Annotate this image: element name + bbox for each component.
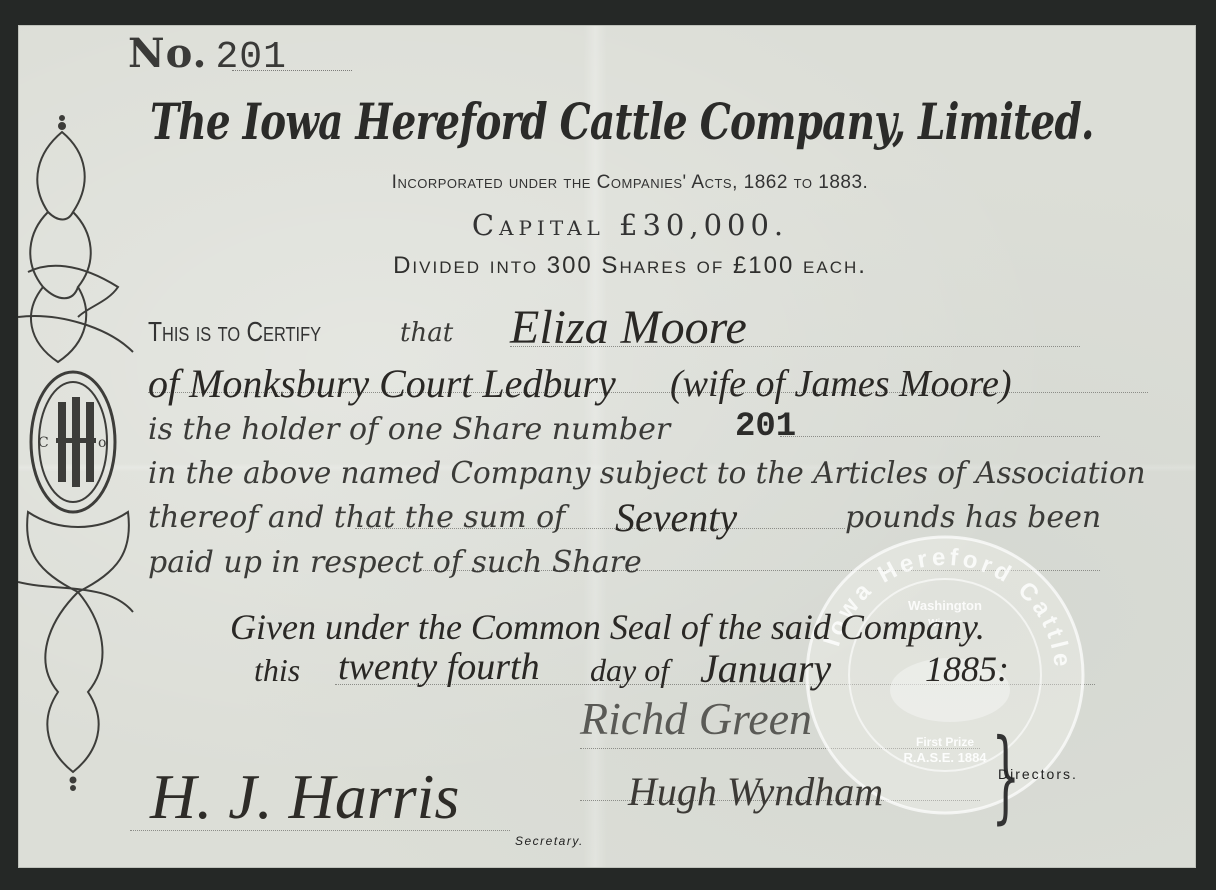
issue-year: 1885: — [925, 648, 1009, 690]
thereof-text: thereof and that the sum of — [148, 500, 565, 535]
that-word: that — [400, 318, 453, 348]
issue-day: twenty fourth — [338, 645, 540, 689]
holder-address-note: (wife of James Moore) — [670, 362, 1012, 406]
seal-prize-1: First Prize — [916, 735, 974, 749]
seal-prize-2: R.A.S.E. 1884 — [903, 750, 987, 765]
director-signature-1: Richd Green — [580, 692, 812, 745]
paid-amount: Seventy — [615, 494, 737, 541]
svg-text:C: C — [38, 435, 49, 451]
certify-label: This is to Certify — [148, 316, 321, 348]
fill-line-share — [780, 436, 1100, 437]
svg-text:o: o — [98, 435, 106, 451]
company-text: in the above named Company subject to th… — [148, 456, 1146, 491]
holder-address: of Monksbury Court Ledbury — [148, 360, 616, 407]
number-underline — [232, 70, 352, 71]
paid-text: paid up in respect of such Share — [148, 545, 642, 580]
director-signature-2: Hugh Wyndham — [628, 768, 883, 815]
directors-label: Directors. — [998, 766, 1078, 782]
company-title: The Iowa Hereford Cattle Company, Limite… — [150, 92, 899, 151]
ornamental-border-icon: C o — [18, 112, 140, 792]
secretary-signature: H. J. Harris — [150, 760, 459, 834]
incorporation-text: Incorporated under the Companies' Acts, … — [300, 172, 960, 194]
secretary-label: Secretary. — [515, 834, 584, 848]
number-prefix: No. — [128, 30, 207, 77]
share-number: 201 — [735, 408, 796, 446]
holder-name: Eliza Moore — [510, 300, 747, 355]
certificate-number: No.201 — [128, 30, 287, 79]
issue-month: January — [700, 645, 831, 692]
divided-text: Divided into 300 Shares of £100 each. — [260, 252, 1000, 280]
day-of-text: day of — [590, 652, 669, 689]
capital-text: Capital £30,000. — [300, 208, 960, 242]
number-value: 201 — [215, 36, 286, 79]
this-word: this — [254, 652, 300, 689]
holder-text: is the holder of one Share number — [148, 412, 670, 447]
given-text: Given under the Common Seal of the said … — [230, 606, 985, 648]
